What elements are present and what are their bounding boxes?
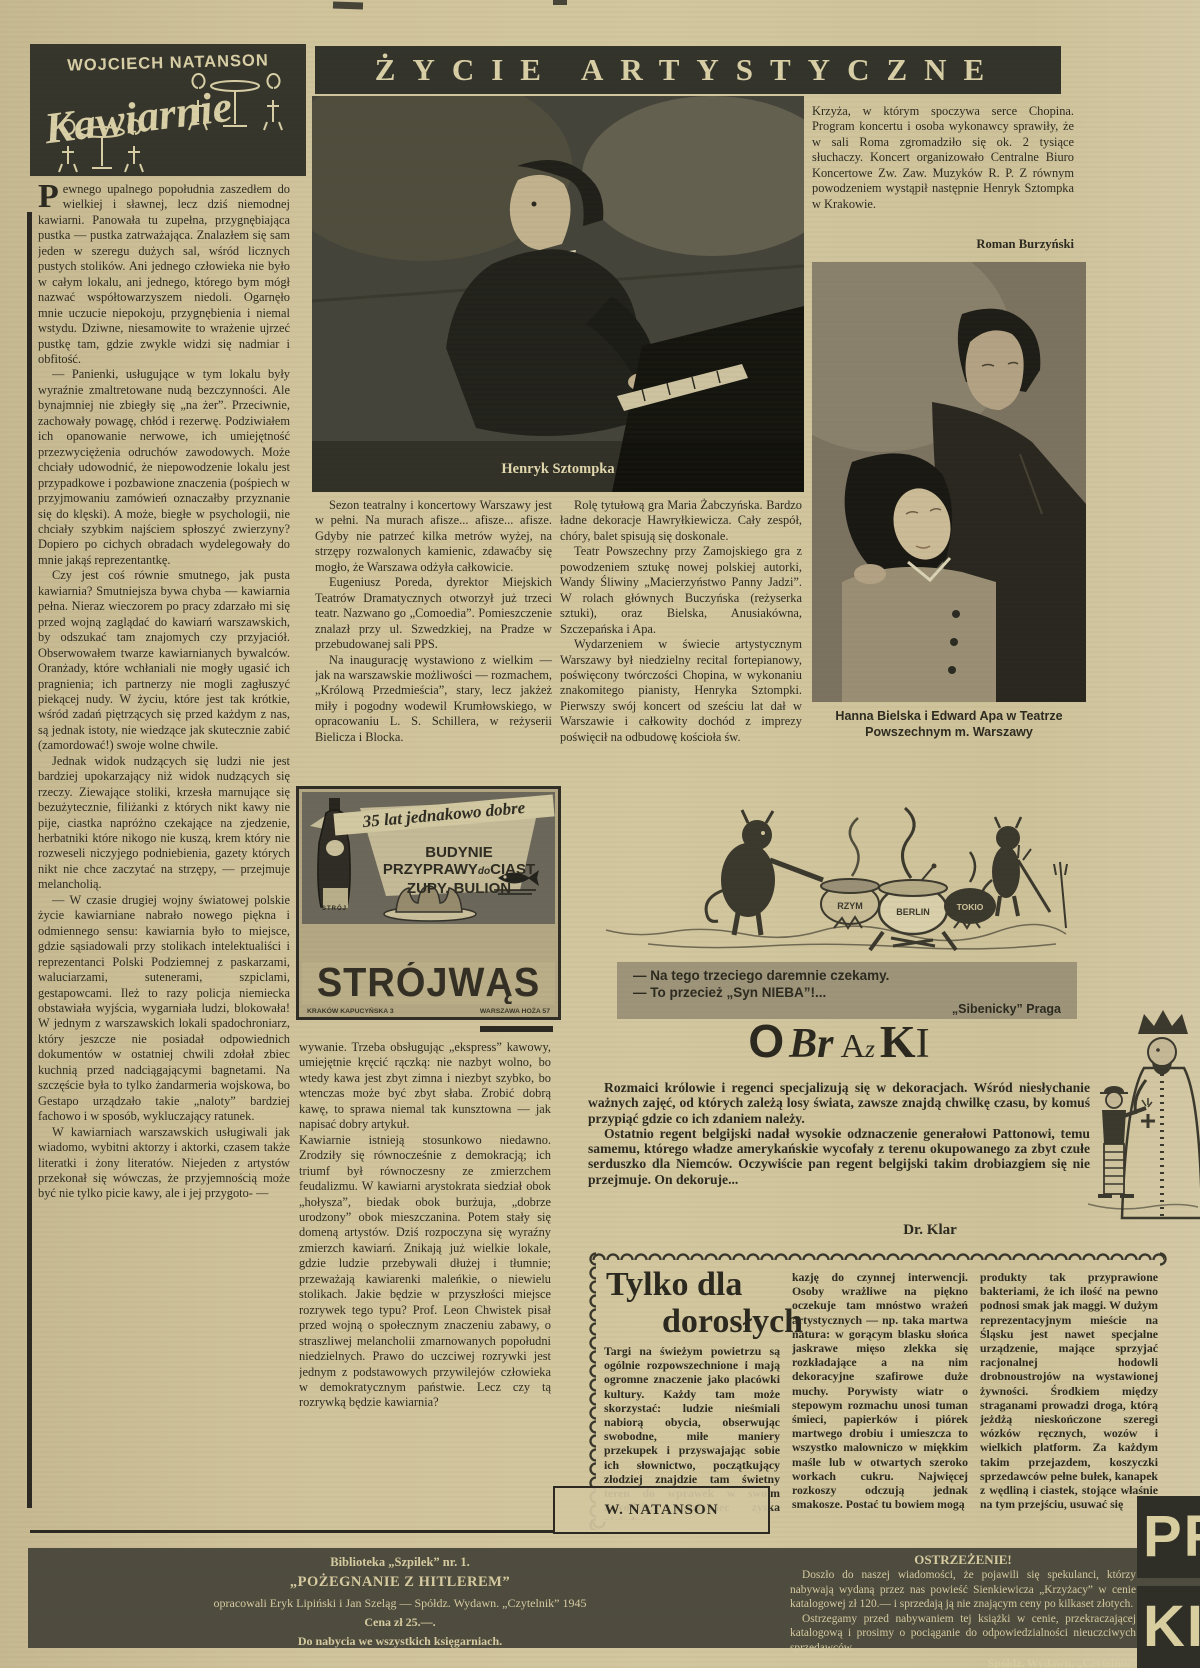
corner-block-top: PR — [1137, 1496, 1200, 1578]
article-paragraph: — W czasie drugiej wojny światowej polsk… — [38, 893, 290, 1125]
article-paragraph: Krzyża, w którym spoczywa serce Chopina.… — [812, 104, 1074, 212]
article-paragraph: W kawiarniach warszawskich usługiwali ja… — [38, 1125, 290, 1202]
wavy-border-top — [592, 1252, 1164, 1260]
masthead-author-block: WOJCIECH NATANSON Kawiarnie — [30, 44, 306, 176]
adults-col-2: kazję do czynnej interwencji. Osoby wraż… — [792, 1270, 968, 1520]
wavy-border-right — [1160, 1252, 1168, 1530]
article-paragraph: Rozmaici królowie i regenci specjalizują… — [588, 1080, 1090, 1126]
banner-ad-right: OSTRZEŻENIE! Doszło do naszej wiadomości… — [790, 1551, 1136, 1668]
article-paragraph: Pewnego upalnego popołudnia zaszedłem do… — [38, 182, 290, 367]
photo-sztompka: Henryk Sztompka — [312, 96, 804, 492]
banner-ad-left-line: opracowali Eryk Lipiński i Jan Szeląg — … — [60, 1593, 740, 1613]
obrazki-title-letter: Br — [789, 1021, 833, 1067]
obrazki-title-letter: A — [841, 1028, 866, 1065]
cartoon-king — [1086, 996, 1200, 1246]
ad-bottle-label: STRÓJ — [322, 906, 347, 912]
ad-address-right: WARSZAWA HOŻA 57 — [480, 1008, 550, 1015]
pot-label-berlin: BERLIN — [896, 907, 930, 917]
article-right-column: Krzyża, w którym spoczywa serce Chopina.… — [812, 104, 1074, 249]
ad-product-line: ZUPY, BULION — [368, 880, 550, 897]
warning-signature: Spółdz. Wydawn. „Czytelnik” — [790, 1656, 1136, 1668]
section-banner-title: ŻYCIE ARTYSTYCZNE — [315, 46, 1061, 94]
banner-ad-left-line: Cena zł 25.—. — [60, 1613, 740, 1632]
article-paragraph: Teatr Powszechny przy Zamojskiego gra z … — [560, 544, 802, 637]
article-paragraph: Czy jest coś równie smutnego, jak pusta … — [38, 568, 290, 753]
cartoon-caption-lines: — Na tego trzeciego daremnie czekamy.— T… — [633, 967, 1061, 1001]
ad-brand-text: STRÓJWĄS — [317, 962, 540, 1004]
cartoon-caption-line: — Na tego trzeciego daremnie czekamy. — [633, 967, 1061, 984]
left-column-rule — [27, 212, 32, 1508]
banner-ad-left-line: „POŻEGNANIE Z HITLEREM” — [60, 1572, 740, 1593]
cauldron-rzym-illustration: RZYM — [821, 818, 879, 928]
article-paragraph: Rolę tytułową gra Maria Żabczyńska. Bard… — [560, 498, 802, 544]
obrazki-title-letter: z — [865, 1036, 875, 1063]
cartoon-devils: RZYM BERLIN TOKIO — [598, 778, 1084, 960]
ad-brand: STRÓJWĄS — [302, 962, 555, 1004]
ad-address-left: KRAKÓW KAPUCYŃSKA 3 — [307, 1008, 394, 1015]
warning-text: Doszło do naszej wiadomości, że pojawili… — [790, 1568, 1136, 1656]
print-artifact — [333, 1, 363, 9]
actors-photo-illustration — [812, 262, 1086, 702]
warning-heading: OSTRZEŻENIE! — [790, 1551, 1136, 1568]
banner-ad-left-line: Do nabycia we wszystkich księgarniach. — [60, 1632, 740, 1651]
cauldron-tokio-illustration: TOKIO — [944, 852, 996, 928]
photo-bielska-apa-caption: Hanna Bielska i Edward Apa w Teatrze Pow… — [806, 708, 1092, 740]
obrazki-title-letter: O — [748, 1015, 784, 1067]
article-continuation-column: wywanie. Trzeba obsługując „ekspress” ka… — [299, 1040, 551, 1488]
pot-label-tokio: TOKIO — [957, 902, 984, 912]
article-paragraph: Eugeniusz Poreda, dyrektor Miejskich Tea… — [315, 575, 552, 652]
print-artifact — [553, 0, 567, 5]
devil-left-illustration — [706, 810, 823, 935]
corner-block-bottom: KI — [1137, 1586, 1200, 1668]
newspaper-page: { "colors":{"paper":"#d0c39b","ink":"#2c… — [0, 0, 1200, 1668]
article-bottom-rule — [30, 1530, 553, 1533]
warning-paragraph: Doszło do naszej wiadomości, że pojawili… — [790, 1568, 1136, 1612]
ad-strojwas: 35 lat jednakowo dobre BUDYNIE PRZYPRAWY… — [296, 786, 561, 1020]
article-left-column: Pewnego upalnego popołudnia zaszedłem do… — [38, 182, 290, 1526]
obrazki-title-letter: I — [916, 1021, 930, 1067]
obrazki-title: OBrAzKI — [588, 1014, 1090, 1074]
pianist-photo-illustration — [312, 96, 804, 492]
article-paragraph: Sezon teatralny i koncertowy Warszawy je… — [315, 498, 552, 575]
article-theatre-col-1: Sezon teatralny i koncertowy Warszawy je… — [315, 498, 552, 786]
decorator-illustration — [1088, 1086, 1198, 1209]
pot-label-rzym: RZYM — [837, 901, 863, 911]
article-paragraph: Ostatnio regent belgijski nadał wysokie … — [588, 1126, 1090, 1187]
article-theatre-col-2: Rolę tytułową gra Maria Żabczyńska. Bard… — [560, 498, 802, 788]
photo-bielska-apa — [812, 262, 1086, 702]
article-paragraph: Na inaugurację wystawiono z wielkim — ja… — [315, 653, 552, 746]
obrazki-title-letter: K — [880, 1016, 916, 1067]
article-paragraph: wywanie. Trzeba obsługując „ekspress” ka… — [299, 1040, 551, 1133]
adults-col-3: produkty tak przyprawione bakteriami, że… — [980, 1270, 1158, 1520]
photo-sztompka-caption: Henryk Sztompka — [312, 461, 804, 478]
ad-addresses: KRAKÓW KAPUCYŃSKA 3 WARSZAWA HOŻA 57 — [307, 1008, 550, 1015]
article-signature: W. NATANSON — [553, 1486, 770, 1534]
cartoon-caption-line: — To przecież „Syn NIEBA”!... — [633, 984, 1061, 1001]
pitchforks-illustration — [1054, 862, 1067, 928]
byline-roman-burzynski: Roman Burzyński — [812, 237, 1074, 252]
article-paragraph: Kawiarnie istnieją stosunkowo niedawno. … — [299, 1133, 551, 1411]
ad-product-lines: BUDYNIE PRZYPRAWYdoCIAST ZUPY, BULION — [368, 844, 550, 897]
article-paragraph: Wydarzeniem w świecie artystycznym Warsz… — [560, 637, 802, 745]
section-divider-bar — [480, 1026, 553, 1032]
banner-ad-left: Biblioteka „Szpilek” nr. 1. „POŻEGNANIE … — [60, 1552, 740, 1651]
ad-art-background: 35 lat jednakowo dobre BUDYNIE PRZYPRAWY… — [302, 792, 555, 924]
warning-paragraph: Ostrzegamy przed nabywaniem tej książki … — [790, 1612, 1136, 1656]
article-paragraph: Jednak widok nudzących się ludzi nie jes… — [38, 754, 290, 893]
cartoon-caption-box: — Na tego trzeciego daremnie czekamy.— T… — [617, 962, 1077, 1019]
banner-ad-left-line: Biblioteka „Szpilek” nr. 1. — [60, 1552, 740, 1572]
obrazki-byline: Dr. Klar — [840, 1222, 1020, 1239]
ad-product-line: BUDYNIE — [368, 844, 550, 861]
article-paragraph: — Panienki, usługujące w tym lokalu były… — [38, 367, 290, 568]
ad-product-line: PRZYPRAWYdoCIAST — [368, 861, 550, 880]
